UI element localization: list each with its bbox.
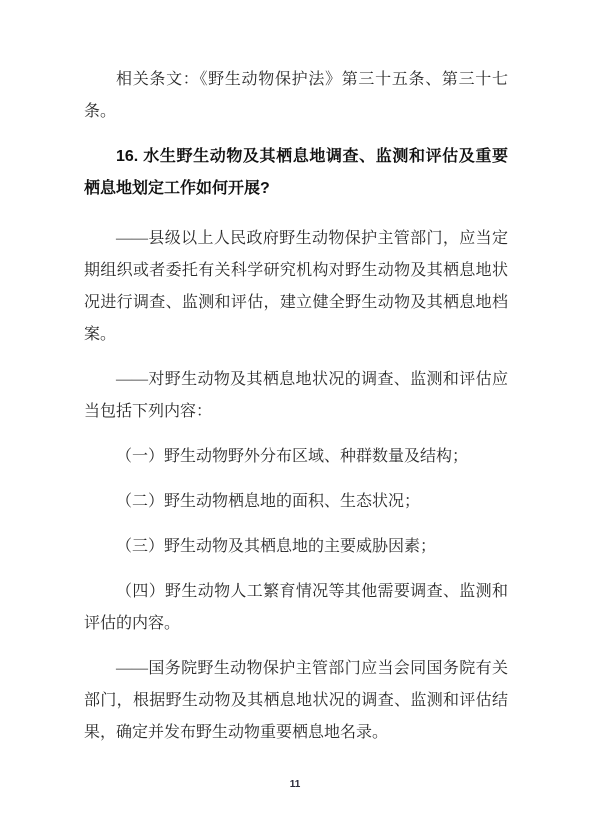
related-articles-paragraph: 相关条文：《野生动物保护法》第三十五条、第三十七条。 — [84, 64, 508, 128]
list-item-2: （二）野生动物栖息地的面积、生态状况； — [84, 486, 508, 518]
page-number: 11 — [0, 779, 590, 790]
question-heading: 16. 水生野生动物及其栖息地调查、监测和评估及重要栖息地划定工作如何开展? — [84, 141, 508, 205]
body-paragraph: ——国务院野生动物保护主管部门应当会同国务院有关部门，根据野生动物及其栖息地状况… — [84, 653, 508, 749]
body-paragraph: ——县级以上人民政府野生动物保护主管部门，应当定期组织或者委托有关科学研究机构对… — [84, 223, 508, 351]
page-content: 相关条文：《野生动物保护法》第三十五条、第三十七条。 16. 水生野生动物及其栖… — [84, 64, 508, 762]
list-item-1: （一）野生动物野外分布区域、种群数量及结构； — [84, 441, 508, 473]
document-page: 相关条文：《野生动物保护法》第三十五条、第三十七条。 16. 水生野生动物及其栖… — [0, 0, 590, 837]
list-item-3: （三）野生动物及其栖息地的主要威胁因素； — [84, 531, 508, 563]
list-item-4: （四）野生动物人工繁育情况等其他需要调查、监测和评估的内容。 — [84, 576, 508, 640]
body-paragraph: ——对野生动物及其栖息地状况的调查、监测和评估应当包括下列内容： — [84, 364, 508, 428]
